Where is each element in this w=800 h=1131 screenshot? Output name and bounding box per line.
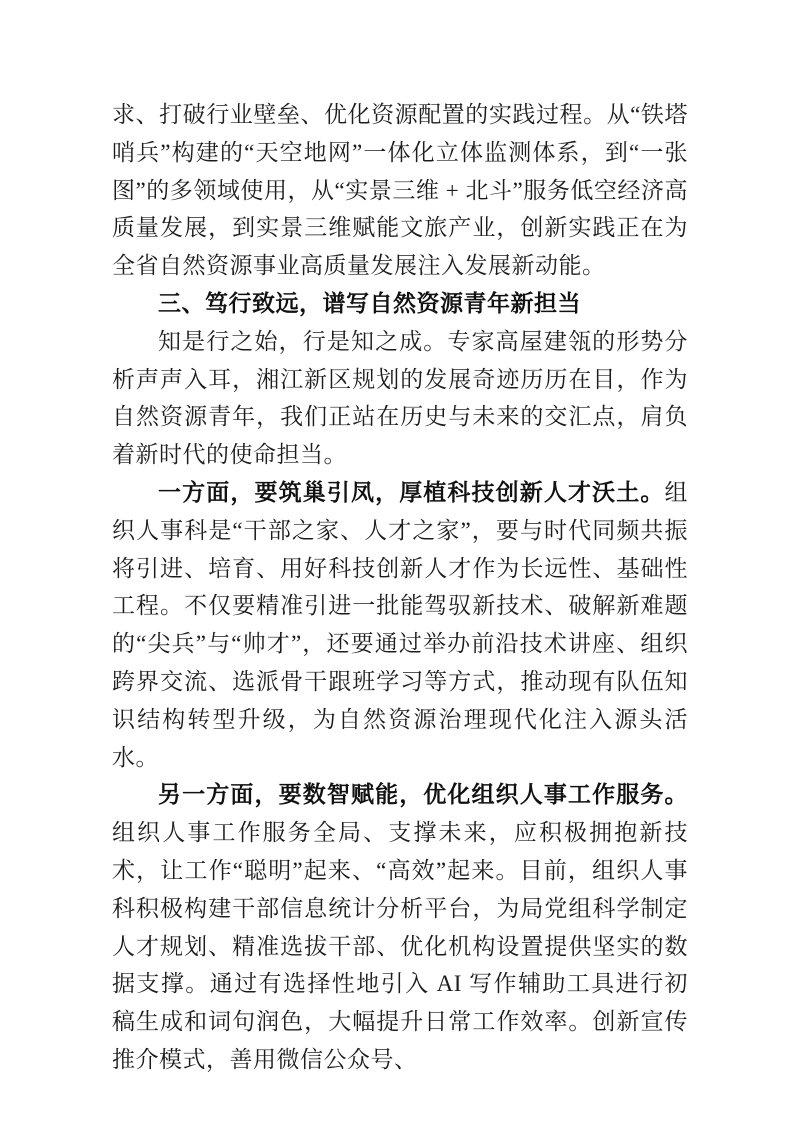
document-content: 求、打破行业壁垒、优化资源配置的实践过程。从“铁塔哨兵”构建的“天空地网”一体化… — [112, 96, 688, 1079]
document-page: 求、打破行业壁垒、优化资源配置的实践过程。从“铁塔哨兵”构建的“天空地网”一体化… — [0, 0, 800, 1131]
paragraph-intro: 知是行之始，行是知之成。专家高屋建瓴的形势分析声声入耳，湘江新区规划的发展奇迹历… — [112, 323, 688, 474]
paragraph-continuation: 求、打破行业壁垒、优化资源配置的实践过程。从“铁塔哨兵”构建的“天空地网”一体化… — [112, 96, 688, 285]
paragraph-other-aspect-text: 组织人事工作服务全局、支撑未来，应积极拥抱新技术，让工作“聪明”起来、“高效”起… — [112, 820, 688, 1072]
bold-lead-other-aspect: 另一方面，要数智赋能，优化组织人事工作服务。 — [158, 781, 688, 807]
bold-lead-one-aspect: 一方面，要筑巢引凤，厚植科技创新人才沃土。 — [158, 479, 665, 505]
section-heading: 三、笃行致远，谱写自然资源青年新担当 — [112, 285, 688, 323]
paragraph-one-aspect-text: 组织人事科是“干部之家、人才之家”，要与时代同频共振将引进、培育、用好科技创新人… — [112, 480, 688, 770]
paragraph-other-aspect: 另一方面，要数智赋能，优化组织人事工作服务。组织人事工作服务全局、支撑未来，应积… — [112, 776, 688, 1078]
paragraph-one-aspect: 一方面，要筑巢引凤，厚植科技创新人才沃土。组织人事科是“干部之家、人才之家”，要… — [112, 474, 688, 776]
